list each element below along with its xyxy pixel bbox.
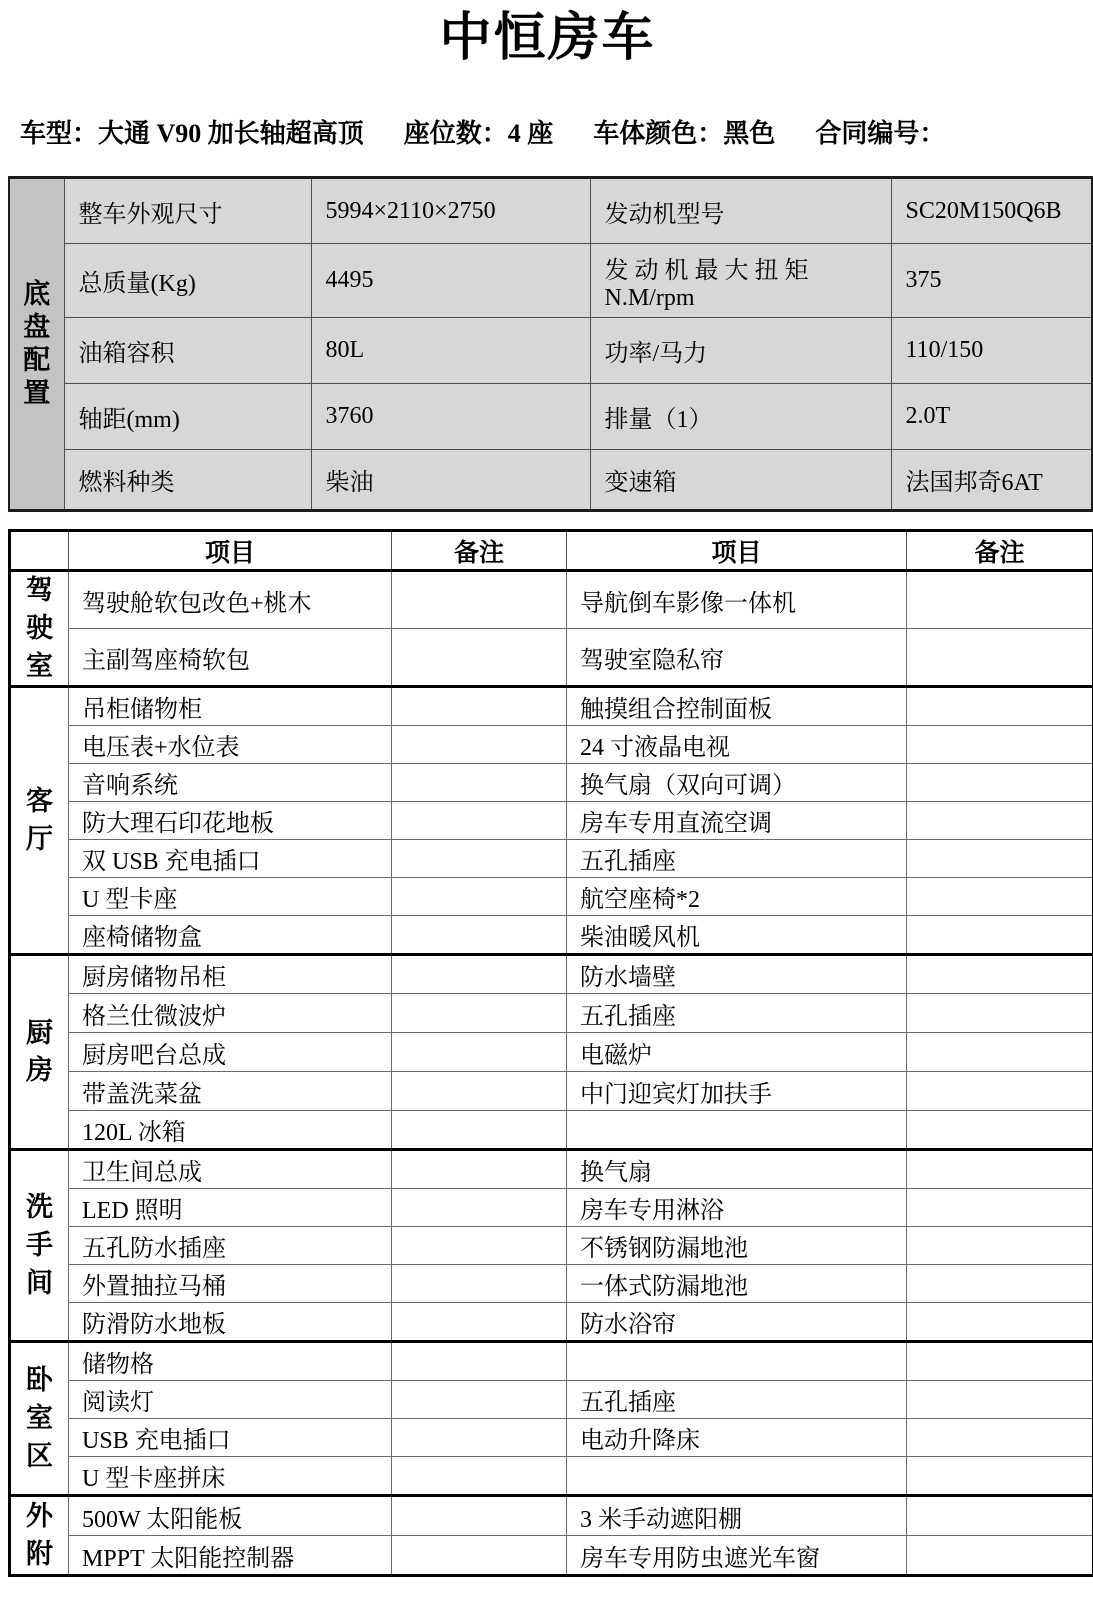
feature-item: 音响系统 <box>69 764 392 802</box>
chassis-spec-label: 总质量(Kg) <box>64 244 311 318</box>
feature-note <box>392 802 567 840</box>
feature-note <box>392 994 567 1033</box>
section-cell: 厨房 <box>10 955 69 1150</box>
chassis-spec-value: 4495 <box>311 244 590 318</box>
feature-note <box>392 955 567 994</box>
feature-item: 房车专用淋浴 <box>567 1189 907 1227</box>
feature-item: 触摸组合控制面板 <box>567 687 907 726</box>
feature-item: 双 USB 充电插口 <box>69 840 392 878</box>
seat-count: 座位数：4 座 <box>404 119 554 148</box>
feature-note <box>392 1342 567 1381</box>
feature-note <box>392 1189 567 1227</box>
vehicle-info-line: 车型：大通 V90 加长轴超高顶座位数：4 座车体颜色：黑色合同编号： <box>20 113 1087 150</box>
feature-item: 防滑防水地板 <box>69 1303 392 1342</box>
feature-note <box>907 955 1093 994</box>
features-header-note-1: 备注 <box>392 531 567 571</box>
feature-note <box>907 764 1093 802</box>
chassis-row: 总质量(Kg)4495发 动 机 最 大 扭 矩 N.M/rpm375 <box>9 244 1092 318</box>
section-label: 洗手间 <box>25 1189 55 1302</box>
feature-note <box>392 1265 567 1303</box>
feature-note <box>907 1496 1093 1536</box>
feature-item: 卫生间总成 <box>69 1150 392 1189</box>
feature-note <box>907 1303 1093 1342</box>
features-header-corner <box>10 531 69 571</box>
feature-row: U 型卡座拼床 <box>10 1457 1093 1496</box>
chassis-row: 油箱容积80L功率/马力110/150 <box>9 318 1092 384</box>
chassis-spec-table: 底盘配置整车外观尺寸5994×2110×2750发动机型号SC20M150Q6B… <box>8 176 1093 512</box>
feature-note <box>392 1303 567 1342</box>
feature-row: 带盖洗菜盆中门迎宾灯加扶手 <box>10 1072 1093 1111</box>
chassis-spec-value: 375 <box>891 244 1092 318</box>
document: 中恒房车 车型：大通 V90 加长轴超高顶座位数：4 座车体颜色：黑色合同编号：… <box>0 6 1093 1577</box>
chassis-row: 轴距(mm)3760排量（1）2.0T <box>9 384 1092 450</box>
feature-note <box>392 1033 567 1072</box>
feature-note <box>907 726 1093 764</box>
chassis-row: 底盘配置整车外观尺寸5994×2110×2750发动机型号SC20M150Q6B <box>9 178 1092 244</box>
feature-note <box>392 1381 567 1419</box>
section-label: 厨房 <box>25 1015 55 1091</box>
features-header-item-2: 项目 <box>567 531 907 571</box>
feature-item: 五孔插座 <box>567 1381 907 1419</box>
chassis-spec-value: 2.0T <box>891 384 1092 450</box>
feature-note <box>392 1419 567 1457</box>
feature-item: LED 照明 <box>69 1189 392 1227</box>
feature-note <box>392 1150 567 1189</box>
feature-item: 柴油暖风机 <box>567 916 907 955</box>
section-cell: 外附 <box>10 1496 69 1576</box>
section-cell: 洗手间 <box>10 1150 69 1342</box>
feature-item: 五孔防水插座 <box>69 1227 392 1265</box>
feature-item: 电压表+水位表 <box>69 726 392 764</box>
feature-row: 120L 冰箱 <box>10 1111 1093 1150</box>
feature-item <box>567 1342 907 1381</box>
feature-row: LED 照明房车专用淋浴 <box>10 1189 1093 1227</box>
feature-item: 吊柜储物柜 <box>69 687 392 726</box>
feature-row: 格兰仕微波炉五孔插座 <box>10 994 1093 1033</box>
feature-item: 座椅储物盒 <box>69 916 392 955</box>
feature-item: 格兰仕微波炉 <box>69 994 392 1033</box>
feature-note <box>392 1111 567 1150</box>
feature-row: 防滑防水地板防水浴帘 <box>10 1303 1093 1342</box>
feature-note <box>392 916 567 955</box>
feature-note <box>907 994 1093 1033</box>
feature-item: 主副驾座椅软包 <box>69 629 392 687</box>
chassis-spec-label: 油箱容积 <box>64 318 311 384</box>
chassis-spec-label: 排量（1） <box>590 384 891 450</box>
feature-note <box>907 1265 1093 1303</box>
feature-row: MPPT 太阳能控制器房车专用防虫遮光车窗 <box>10 1536 1093 1576</box>
feature-item: 120L 冰箱 <box>69 1111 392 1150</box>
feature-row: 主副驾座椅软包驾驶室隐私帘 <box>10 629 1093 687</box>
feature-row: 电压表+水位表24 寸液晶电视 <box>10 726 1093 764</box>
chassis-row: 燃料种类柴油变速箱法国邦奇6AT <box>9 450 1092 511</box>
feature-item: 房车专用防虫遮光车窗 <box>567 1536 907 1576</box>
feature-item: 厨房吧台总成 <box>69 1033 392 1072</box>
feature-note <box>907 1419 1093 1457</box>
feature-item: 不锈钢防漏地池 <box>567 1227 907 1265</box>
feature-note <box>392 687 567 726</box>
chassis-spec-label: 轴距(mm) <box>64 384 311 450</box>
feature-note <box>392 571 567 629</box>
feature-note <box>392 1072 567 1111</box>
feature-item: 带盖洗菜盆 <box>69 1072 392 1111</box>
feature-item: 3 米手动遮阳棚 <box>567 1496 907 1536</box>
feature-item: 五孔插座 <box>567 994 907 1033</box>
feature-note <box>392 878 567 916</box>
feature-note <box>907 1457 1093 1496</box>
chassis-spec-label: 发 动 机 最 大 扭 矩 N.M/rpm <box>590 244 891 318</box>
chassis-spec-label: 发动机型号 <box>590 178 891 244</box>
section-label: 卧室区 <box>25 1362 55 1475</box>
feature-item: 防大理石印花地板 <box>69 802 392 840</box>
feature-row: 外附500W 太阳能板3 米手动遮阳棚 <box>10 1496 1093 1536</box>
contract-number: 合同编号： <box>815 119 945 148</box>
feature-item: USB 充电插口 <box>69 1419 392 1457</box>
feature-item: 电动升降床 <box>567 1419 907 1457</box>
chassis-spec-value: 3760 <box>311 384 590 450</box>
feature-note <box>907 687 1093 726</box>
feature-note <box>907 1111 1093 1150</box>
feature-item: 驾驶舱软包改色+桃木 <box>69 571 392 629</box>
feature-row: 外置抽拉马桶一体式防漏地池 <box>10 1265 1093 1303</box>
feature-note <box>907 1536 1093 1576</box>
chassis-spec-label: 功率/马力 <box>590 318 891 384</box>
feature-item: 防水浴帘 <box>567 1303 907 1342</box>
feature-note <box>392 629 567 687</box>
feature-row: 客厅吊柜储物柜触摸组合控制面板 <box>10 687 1093 726</box>
chassis-spec-value: 柴油 <box>311 450 590 511</box>
section-cell: 客厅 <box>10 687 69 955</box>
feature-row: U 型卡座航空座椅*2 <box>10 878 1093 916</box>
chassis-spec-label: 整车外观尺寸 <box>64 178 311 244</box>
feature-item: 换气扇（双向可调） <box>567 764 907 802</box>
chassis-spec-label: 燃料种类 <box>64 450 311 511</box>
feature-note <box>907 1072 1093 1111</box>
feature-item <box>567 1111 907 1150</box>
chassis-spec-value: 80L <box>311 318 590 384</box>
feature-note <box>392 1496 567 1536</box>
feature-note <box>907 802 1093 840</box>
feature-row: 厨房厨房储物吊柜防水墙壁 <box>10 955 1093 994</box>
feature-note <box>907 571 1093 629</box>
feature-note <box>392 726 567 764</box>
section-label: 驾驶室 <box>25 572 55 685</box>
feature-note <box>392 1457 567 1496</box>
feature-note <box>907 916 1093 955</box>
feature-row: 座椅储物盒柴油暖风机 <box>10 916 1093 955</box>
feature-item: 24 寸液晶电视 <box>567 726 907 764</box>
feature-item: 外置抽拉马桶 <box>69 1265 392 1303</box>
feature-item: 驾驶室隐私帘 <box>567 629 907 687</box>
feature-item: 中门迎宾灯加扶手 <box>567 1072 907 1111</box>
feature-note <box>907 1033 1093 1072</box>
features-header-note-2: 备注 <box>907 531 1093 571</box>
chassis-section-cell: 底盘配置 <box>9 178 64 511</box>
feature-row: 双 USB 充电插口五孔插座 <box>10 840 1093 878</box>
feature-item: 阅读灯 <box>69 1381 392 1419</box>
chassis-spec-value: 法国邦奇6AT <box>891 450 1092 511</box>
feature-item: 五孔插座 <box>567 840 907 878</box>
features-header-row: 项目 备注 项目 备注 <box>10 531 1093 571</box>
feature-note <box>907 1150 1093 1189</box>
feature-item: 500W 太阳能板 <box>69 1496 392 1536</box>
feature-row: 阅读灯五孔插座 <box>10 1381 1093 1419</box>
feature-item: 一体式防漏地池 <box>567 1265 907 1303</box>
features-table: 项目 备注 项目 备注 驾驶室驾驶舱软包改色+桃木导航倒车影像一体机主副驾座椅软… <box>8 529 1093 1577</box>
feature-row: 卧室区储物格 <box>10 1342 1093 1381</box>
feature-note <box>907 629 1093 687</box>
feature-note <box>907 1381 1093 1419</box>
section-label: 客厅 <box>25 783 55 859</box>
feature-note <box>392 1227 567 1265</box>
feature-item: 航空座椅*2 <box>567 878 907 916</box>
feature-row: 五孔防水插座不锈钢防漏地池 <box>10 1227 1093 1265</box>
chassis-section-label: 底盘配置 <box>22 278 52 410</box>
feature-row: USB 充电插口电动升降床 <box>10 1419 1093 1457</box>
body-color: 车体颜色：黑色 <box>593 119 775 148</box>
feature-row: 厨房吧台总成电磁炉 <box>10 1033 1093 1072</box>
feature-row: 洗手间卫生间总成换气扇 <box>10 1150 1093 1189</box>
feature-item: 电磁炉 <box>567 1033 907 1072</box>
feature-item: 厨房储物吊柜 <box>69 955 392 994</box>
section-cell: 驾驶室 <box>10 571 69 687</box>
feature-note <box>907 840 1093 878</box>
features-header-item-1: 项目 <box>69 531 392 571</box>
chassis-spec-value: SC20M150Q6B <box>891 178 1092 244</box>
feature-row: 音响系统换气扇（双向可调） <box>10 764 1093 802</box>
feature-note <box>392 840 567 878</box>
chassis-spec-label: 变速箱 <box>590 450 891 511</box>
doc-title: 中恒房车 <box>8 6 1087 71</box>
section-cell: 卧室区 <box>10 1342 69 1496</box>
feature-item: 换气扇 <box>567 1150 907 1189</box>
feature-row: 防大理石印花地板房车专用直流空调 <box>10 802 1093 840</box>
feature-note <box>392 1536 567 1576</box>
section-label: 外附 <box>25 1498 55 1574</box>
vehicle-model: 车型：大通 V90 加长轴超高顶 <box>20 119 364 148</box>
chassis-spec-value: 110/150 <box>891 318 1092 384</box>
feature-item: U 型卡座拼床 <box>69 1457 392 1496</box>
feature-note <box>907 878 1093 916</box>
feature-item: 导航倒车影像一体机 <box>567 571 907 629</box>
feature-note <box>907 1189 1093 1227</box>
feature-note <box>907 1342 1093 1381</box>
feature-row: 驾驶室驾驶舱软包改色+桃木导航倒车影像一体机 <box>10 571 1093 629</box>
feature-item: 房车专用直流空调 <box>567 802 907 840</box>
feature-note <box>392 764 567 802</box>
feature-item: 防水墙壁 <box>567 955 907 994</box>
feature-item <box>567 1457 907 1496</box>
feature-item: U 型卡座 <box>69 878 392 916</box>
feature-item: MPPT 太阳能控制器 <box>69 1536 392 1576</box>
chassis-spec-value: 5994×2110×2750 <box>311 178 590 244</box>
feature-item: 储物格 <box>69 1342 392 1381</box>
feature-note <box>907 1227 1093 1265</box>
